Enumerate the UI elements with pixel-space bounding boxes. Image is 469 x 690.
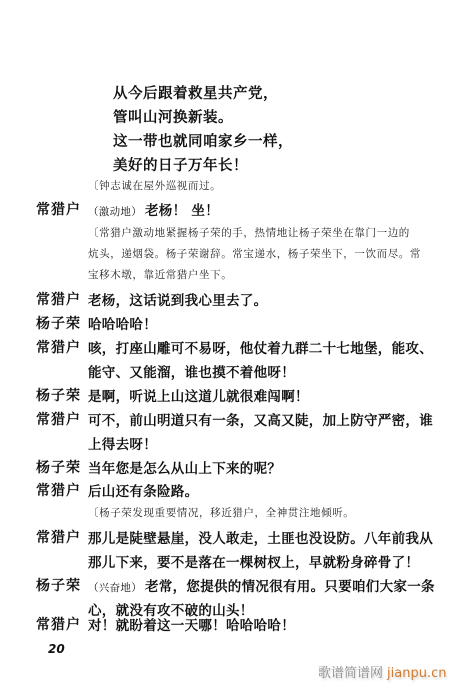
dialogue-line: （兴奋地）老常，您提供的情况很有用。只要咱们大家一条 <box>88 575 435 595</box>
stage-direction: 炕头，递烟袋。杨子荣谢辞。常宝递水，杨子荣坐下，一饮而尽。常 <box>88 246 421 261</box>
acting-direction: （兴奋地） <box>88 582 142 594</box>
dialogue-line: 能守、又能溜，谁也摸不着他呀！ <box>88 361 295 381</box>
stage-direction: 〔常猎户激动地紧握杨子荣的手，热情地让杨子荣坐在靠门一边的 <box>88 225 410 240</box>
stage-direction: 〔钟志诚在屋外巡视而过。 <box>88 178 221 193</box>
dialogue-line: 可不，前山明道只有一条，又高又陡，加上防守严密，谁 <box>88 409 433 429</box>
speaker-name: 常猎户 <box>36 527 81 547</box>
stage-direction: 宝移木墩，靠近常猎户坐下。 <box>88 267 232 282</box>
dialogue-line: 是啊，听说上山这道儿就很难闯啊！ <box>88 385 309 405</box>
page-number: 20 <box>48 642 65 656</box>
dialogue-line: 那儿下来，要不是落在一棵树杈上，早就粉身碎骨了！ <box>88 551 419 571</box>
dialogue-line: 后山还有条险路。 <box>88 480 198 500</box>
lyric-line: 管叫山河换新装。 <box>113 106 233 127</box>
lyric-line: 美好的日子万年长！ <box>113 154 248 175</box>
dialogue-line: 哈哈哈哈！ <box>88 313 157 333</box>
speaker-name: 常猎户 <box>36 614 81 634</box>
lyric-line: 这一带也就同咱家乡一样， <box>113 130 293 151</box>
stage-direction: 〔杨子荣发现重要情况，移近猎户，全神贯注地倾听。 <box>88 505 354 520</box>
document-page: 从今后跟着救星共产党， 管叫山河换新装。 这一带也就同咱家乡一样， 美好的日子万… <box>0 0 469 690</box>
dialogue-line: 咳，打座山雕可不易呀，他仗着九群二十七地堡，能攻、 <box>88 337 433 357</box>
speaker-name: 杨子荣 <box>36 457 81 477</box>
acting-direction: （激动地） <box>88 206 142 218</box>
speaker-name: 杨子荣 <box>36 313 81 333</box>
watermark-text: 歌谱简谱网 <box>318 666 383 681</box>
dialogue-line: 老杨，这话说到我心里去了。 <box>88 289 267 309</box>
dialogue-line: 上得去呀！ <box>88 433 157 453</box>
speaker-name: 常猎户 <box>36 337 81 357</box>
speaker-name: 杨子荣 <box>36 575 81 595</box>
speaker-name: 常猎户 <box>36 289 81 309</box>
speaker-name: 常猎户 <box>36 480 81 500</box>
watermark: 歌谱简谱网jianpu.cn <box>318 662 446 681</box>
speaker-name: 杨子荣 <box>36 385 81 405</box>
dialogue-line: 那儿是陡壁悬崖，没人敢走，土匪也没设防。八年前我从 <box>88 527 433 547</box>
dialogue-line: 对！就盼着这一天哪！哈哈哈哈！ <box>88 614 295 634</box>
dialogue-line: 当年您是怎么从山上下来的呢？ <box>88 457 281 477</box>
speaker-name: 常猎户 <box>36 199 81 219</box>
dialogue-line: （激动地）老杨！ 坐！ <box>88 199 219 219</box>
speaker-name: 常猎户 <box>36 409 81 429</box>
lyric-line: 从今后跟着救星共产党， <box>113 82 278 103</box>
watermark-site: jianpu.cn <box>387 666 446 681</box>
